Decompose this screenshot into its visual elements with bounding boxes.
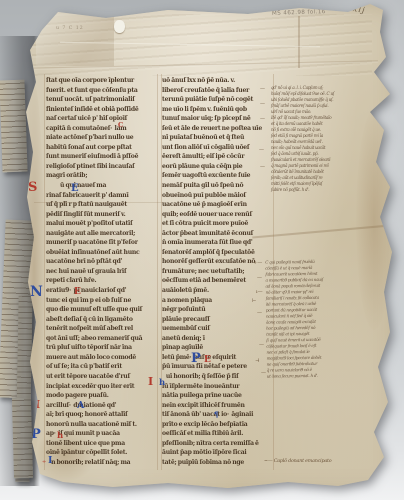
illuminated-initial: E [74,288,81,297]
tie-mark: — [257,276,262,281]
illuminated-initial: S [28,181,37,194]
illuminated-initial: A [77,401,84,411]
tie-mark: ⊣ [255,359,259,364]
illuminated-initial: I [148,376,153,387]
text-column-left: ſtat que oīa corpore īplenturfuerit. et … [46,76,160,467]
illuminated-initial: E [204,356,211,365]
paraph-mark: C [118,122,123,129]
margin-note-bottom: ~— Caplō donant emancipato [264,459,331,464]
tie-mark: — [261,371,266,376]
illuminated-initial: I [48,456,52,466]
illuminated-initial: N [30,285,43,299]
illuminated-initial: h [57,432,63,441]
ink-corner-mark: xlj [352,4,366,15]
margin-gloss-block-lower: C qui puilegiū nauiſ fruēdūcōceſſū ē ut … [265,258,355,379]
text-column-right: uō ānuſ lxx nō p̄ē nūa. v.liberoſ creuſa… [162,76,276,467]
paper-chip [114,20,125,33]
tie-mark: — [260,87,265,92]
tie-mark: — [260,102,265,107]
illuminated-initial: h [159,379,165,388]
ruling-line [44,74,45,470]
tie-mark: +— [253,261,262,266]
margin-gloss-block-upper: qd' nō ui qi a. l. i. Capſam uſ;huīoſ mō… [271,85,355,193]
tie-mark: — [257,311,262,316]
tie-mark: — [259,343,264,348]
paraph-mark: ÷ [42,460,46,465]
tie-mark: — [259,148,264,153]
illuminated-initial: P [191,352,201,365]
illuminated-initial: E [71,184,79,194]
illuminated-initial: P [31,428,41,441]
illuminated-initial: M [28,399,40,410]
manuscript-leaf: MS 462.98 fol.16 xlj u 7 C 12 ſtat que o… [0,0,404,500]
photograph: MS 462.98 fol.16 xlj u 7 C 12 ſtat que o… [0,0,404,500]
stain [24,84,44,454]
manuscript-leaf-wrap: MS 462.98 fol.16 xlj u 7 C 12 ſtat que o… [0,0,404,500]
crease-line [298,16,300,68]
tie-mark: — [260,165,265,170]
tie-mark: ı— [256,290,263,295]
paraph-mark: ¶ [214,411,218,418]
top-left-fold [36,8,114,66]
tie-mark: ⊢ [252,299,256,304]
tie-mark: — [260,117,265,122]
stain [356,110,392,330]
faint-inscription: u 7 C 12 [56,26,84,31]
